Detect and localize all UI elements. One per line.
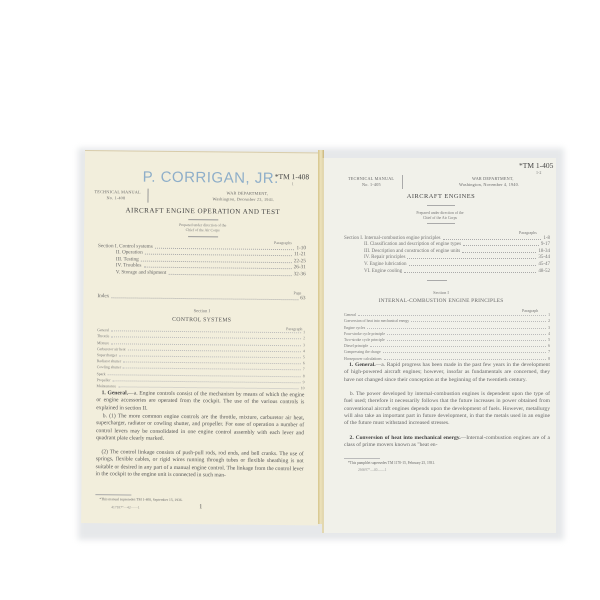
toc-row: V. Engine lubrication45-47 <box>344 260 550 267</box>
entry-number: 4 <box>548 332 550 336</box>
entry-label: III. Description and construction of eng… <box>344 249 460 254</box>
entry-label: Throttle <box>97 335 109 339</box>
toc-row: III. Description and construction of eng… <box>344 247 550 254</box>
entry-number: 11-21 <box>294 251 306 257</box>
entry-label: Supercharger <box>97 353 117 357</box>
divider <box>427 280 447 281</box>
body-paragraph: 1. General.—a. Engine controls consist o… <box>96 390 304 414</box>
entry-label: Radiator shutter <box>97 359 121 363</box>
leader-dots <box>383 352 546 353</box>
body-paragraph: 2. Conversion of heat into mechanical en… <box>344 435 550 450</box>
toc-row: Section I. Internal-combustion engine pr… <box>344 234 550 241</box>
list-item: Horsepower calculations8 <box>344 354 550 360</box>
entry-number: 10 <box>301 386 305 390</box>
leader-dots <box>370 346 546 347</box>
leader-dots <box>462 252 536 253</box>
para-heading: 1. General. <box>102 390 129 396</box>
toc-label: Index <box>97 293 109 299</box>
paragraph-list: General1Conversion of heat into mechanic… <box>344 311 550 361</box>
entry-number: 1-8 <box>543 236 550 241</box>
manual-label: TECHNICAL MANUAL <box>348 176 394 181</box>
header-bracket <box>402 175 403 189</box>
entry-label: Cowling shutter <box>97 365 121 369</box>
entry-label: General <box>344 313 356 317</box>
leader-dots <box>404 272 536 273</box>
entry-number: 5 <box>303 355 305 359</box>
left-page: P. CORRIGAN, JR. *TM 1-408 1 TECHNICAL M… <box>81 150 322 525</box>
entry-label: Four-stroke cycle principle <box>344 332 385 336</box>
tm-number: *TM 1-405 <box>519 161 553 170</box>
footnote-rule <box>95 494 131 495</box>
footnote: *This pamphlet supersedes TM 1170-15, Fe… <box>348 461 435 465</box>
section-title: INTERNAL-COMBUSTION ENGINE PRINCIPLES <box>324 298 556 304</box>
manual-number: No. 1-408 <box>106 195 125 200</box>
document-title: AIRCRAFT ENGINE OPERATION AND TEST <box>84 206 321 216</box>
toc-row: II. Classification and description of en… <box>344 241 550 248</box>
entry-number: 7 <box>303 368 305 372</box>
toc-row: Index 63 <box>97 292 305 301</box>
print-code: 417187°—42——1 <box>111 505 139 509</box>
section-label: Section I <box>324 290 556 295</box>
divider <box>427 205 455 206</box>
issue-date: Washington, December 23, 1941. <box>212 196 274 202</box>
leader-dots <box>387 334 546 335</box>
entry-label: IV. Troubles <box>98 263 142 269</box>
entry-number: 2 <box>303 337 305 341</box>
leader-dots <box>407 258 536 259</box>
prepared-line-2: Chief of the Air Corps <box>324 216 556 220</box>
entry-label: Section I. Control systems <box>98 243 153 250</box>
entry-label: Horsepower calculations <box>344 357 382 361</box>
entry-number: 48-52 <box>538 269 550 274</box>
entry-number: 6 <box>303 361 305 365</box>
entry-number: 22-25 <box>294 258 306 264</box>
para-heading: 2. Conversion of heat into mechanical en… <box>350 435 461 441</box>
entry-number: 32-36 <box>294 271 306 277</box>
body-paragraph: (2) The control linkage consists of push… <box>96 449 304 480</box>
divider <box>188 219 218 220</box>
entry-number: 1 <box>303 330 305 334</box>
manual-number: No. 1-405 <box>362 182 381 187</box>
footnote: *This manual supersedes TM 1-408, Septem… <box>99 497 182 502</box>
owner-stamp: P. CORRIGAN, JR. <box>143 169 279 187</box>
entry-label: Two-stroke cycle principle <box>344 338 385 342</box>
entry-label: V. Engine lubrication <box>344 262 407 267</box>
leader-dots <box>463 245 539 246</box>
body-paragraph: 1. General.—a. Rapid progress has been m… <box>344 362 550 384</box>
entry-number: 45-47 <box>538 262 550 267</box>
entry-number: 5 <box>548 338 550 342</box>
issue-date: Washington, November 4, 1940. <box>459 182 519 187</box>
entry-label: Mixture <box>97 341 109 345</box>
document-title: AIRCRAFT ENGINES <box>324 193 556 200</box>
entry-label: Compressing the charge <box>344 350 381 354</box>
entry-number: 9-17 <box>541 242 550 247</box>
entry-label: Diesel principle <box>344 344 368 348</box>
prepared-line-1: Prepared under direction of the <box>324 211 556 215</box>
entry-number: 1 <box>548 313 550 317</box>
manual-label: TECHNICAL MANUAL <box>95 189 141 194</box>
footnote-rule <box>344 458 380 459</box>
toc-number: 63 <box>300 295 305 301</box>
entry-label: V. Storage and shipment <box>98 269 167 276</box>
toc-row: VI. Engine cooling48-52 <box>344 267 550 274</box>
page-marker: 1-2 <box>536 170 541 175</box>
leader-dots <box>118 386 299 389</box>
index-entry: Index 63 <box>97 292 305 301</box>
entry-label: Carburetor air heat <box>97 347 126 351</box>
toc-row: V. Storage and shipment32-36 <box>98 269 306 278</box>
leader-dots <box>358 315 546 316</box>
entry-number: 6 <box>548 344 550 348</box>
toc-row: IV. Repair principles35-44 <box>344 254 550 261</box>
table-of-contents: Section I. Control systems1-10II. Operat… <box>98 242 306 277</box>
tm-number: *TM 1-408 <box>275 172 309 181</box>
entry-label: IV. Repair principles <box>344 255 405 260</box>
para-heading: 1. General. <box>349 362 376 368</box>
entry-label: Maintenance <box>97 384 117 388</box>
entry-number: 3 <box>303 343 305 347</box>
entry-label: II. Classification and description of en… <box>344 242 461 247</box>
list-item: Maintenance10 <box>97 382 305 390</box>
body-paragraph: b. The power developed by internal-combu… <box>344 391 550 427</box>
leader-dots <box>443 239 542 240</box>
entry-number: 7 <box>548 350 550 354</box>
leader-dots <box>168 274 291 276</box>
entry-number: 2 <box>548 319 550 323</box>
divider <box>427 223 455 224</box>
entry-label: III. Testing <box>98 256 139 262</box>
entry-number: 18-34 <box>538 249 550 254</box>
entry-number: 35-44 <box>538 255 550 260</box>
entry-label: II. Operation <box>98 249 143 255</box>
leader-dots <box>387 340 546 341</box>
section-title: CONTROL SYSTEMS <box>83 316 320 324</box>
entry-number: 1-10 <box>296 245 306 251</box>
entry-label: General <box>97 328 109 332</box>
entry-number: 26-31 <box>294 265 306 271</box>
divider <box>188 236 218 237</box>
print-code: 266697°—40——1 <box>358 468 386 472</box>
entry-number: 9 <box>303 380 305 384</box>
entry-number: 3 <box>548 326 550 330</box>
body-paragraph: b. (1) The more common engine controls a… <box>96 413 304 444</box>
entry-label: Engine cycles <box>344 326 365 330</box>
department: WAR DEPARTMENT, <box>472 176 514 181</box>
entry-label: Conversion of heat into mechanical energ… <box>344 319 409 323</box>
right-page: *TM 1-405 1-2 TECHNICAL MANUAL No. 1-405… <box>322 158 556 533</box>
table-of-contents: Section I. Internal-combustion engine pr… <box>344 234 550 274</box>
leader-dots <box>367 328 546 329</box>
header-bracket <box>147 189 148 203</box>
entry-number: 4 <box>303 349 305 353</box>
entry-label: Section I. Internal-combustion engine pr… <box>344 236 441 241</box>
entry-label: Propeller <box>97 378 111 382</box>
entry-number: 8 <box>548 357 550 361</box>
leader-dots <box>411 321 546 322</box>
department: WAR DEPARTMENT, <box>227 190 269 195</box>
entry-number: 8 <box>303 374 305 378</box>
paragraph-list: General1Throttle2Mixture3Carburetor air … <box>97 326 306 390</box>
page-marker: 1 <box>292 181 294 186</box>
leader-dots <box>384 359 546 360</box>
leader-dots <box>409 265 537 266</box>
entry-label: Spark <box>97 372 106 376</box>
section-label: Section I <box>83 307 320 314</box>
folio: 1 <box>199 504 202 510</box>
entry-label: VI. Engine cooling <box>344 269 402 274</box>
